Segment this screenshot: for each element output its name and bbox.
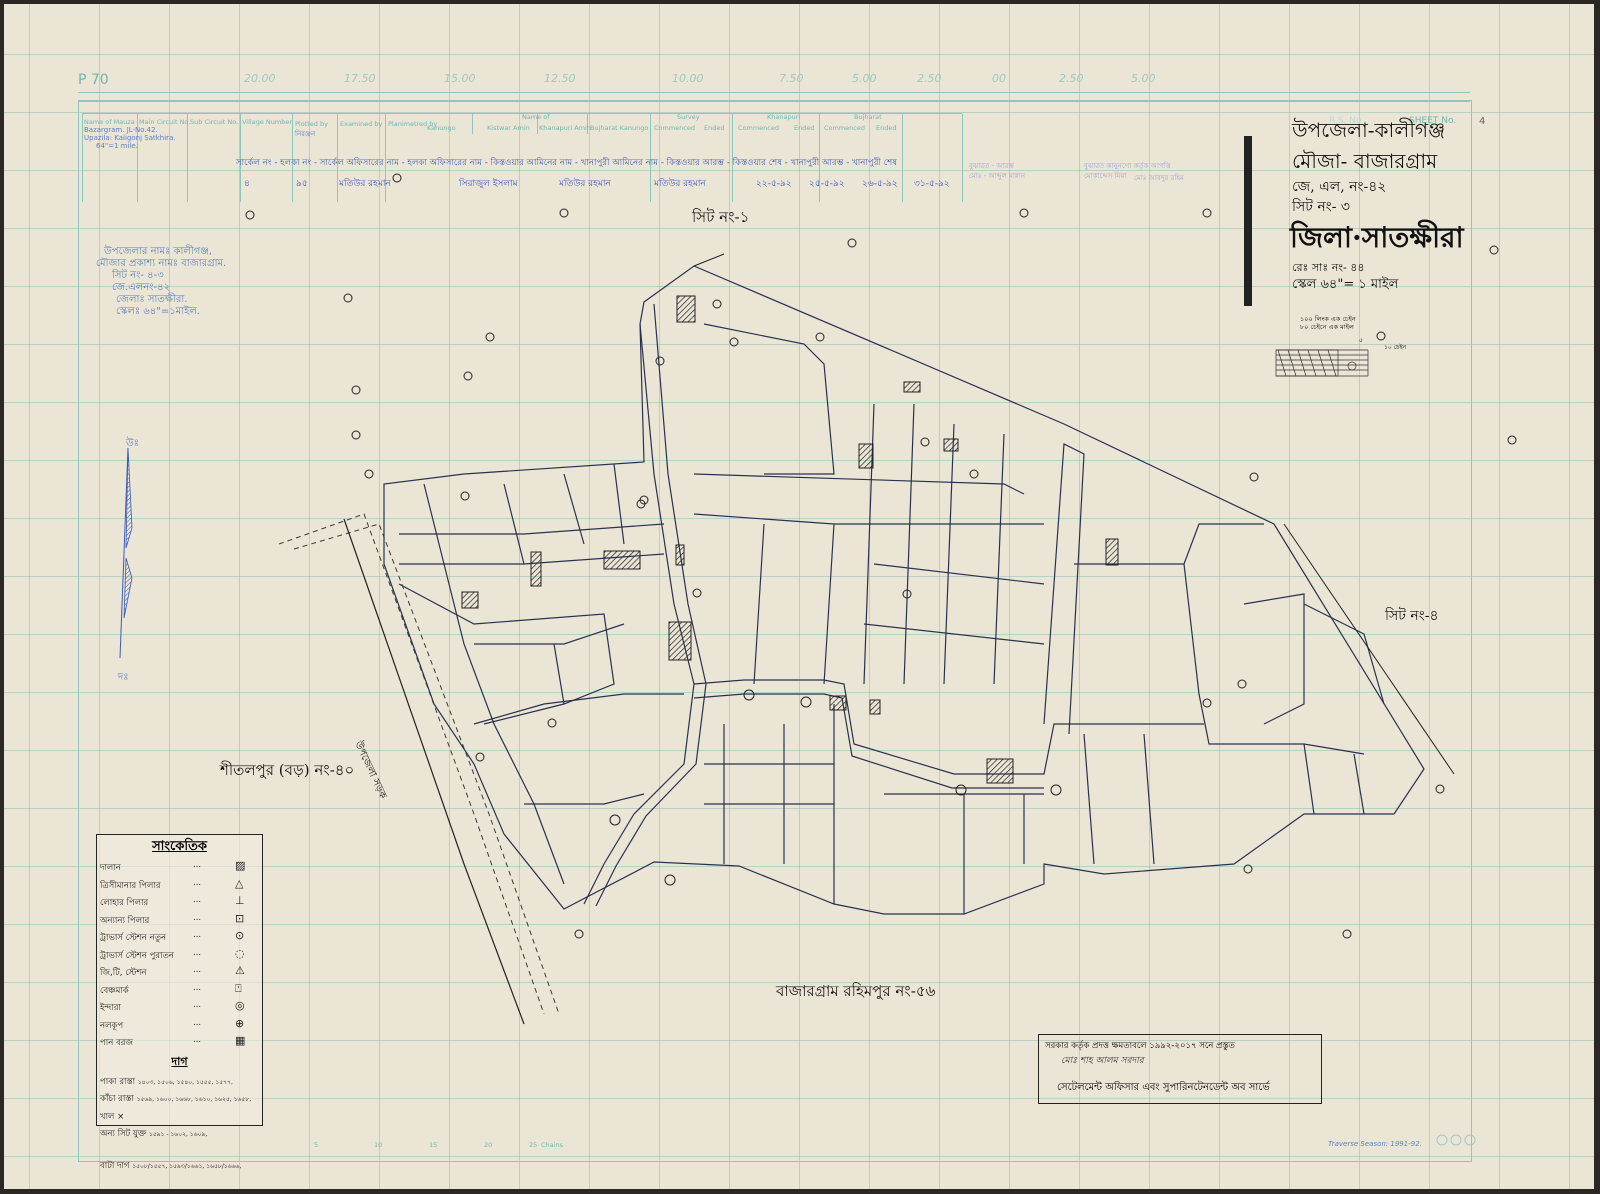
legend-item: দালান...▨: [97, 858, 262, 876]
label-sheet-4: সিট নং-৪: [1385, 604, 1439, 628]
cert-line-2: সেটেলমেন্ট অফিসার এবং সুপারিনটেনডেন্ট অব…: [1057, 1080, 1270, 1097]
legend-item: ট্রাভার্স স্টেশন পুরাতন...◌: [97, 946, 262, 964]
bottom-tick: 15: [429, 1141, 437, 1149]
label-south-mouza: বাজারগ্রাম রহিমপুর নং-৫৬: [776, 980, 935, 1005]
dag-item: খাল ×: [97, 1107, 262, 1125]
bottom-tick: 20: [484, 1141, 492, 1149]
legend-title: সাংকেতিক: [97, 837, 262, 858]
legend-item: পান বরজ...▦: [97, 1033, 262, 1051]
legend-item: ত্রিসীমানার পিলার...△: [97, 876, 262, 894]
traverse-season: Traverse Season: 1991-92.: [1328, 1140, 1422, 1148]
cert-line-1: সরকার কর্তৃক প্রদত্ত ক্ষমতাবলে ১৯৯২-২০১৭…: [1045, 1039, 1235, 1053]
dag-item: বাটা দাগ ১৫০৮/১৫৫৭, ১৫৯৩/১৬৬১, ১৬৫৮/১৬৬৬…: [97, 1156, 262, 1174]
dag-title: দাগ: [97, 1053, 262, 1072]
legend-item: লোহার পিলার...⊥: [97, 893, 262, 911]
dag-item: অন্য সিট যুক্ত ১৫৯১ - ১৬০২, ১৬০৯,: [97, 1124, 262, 1142]
trijunction-pillar-icon: △: [235, 877, 243, 890]
legend-item: বেঞ্চমার্ক...⍞: [97, 981, 262, 999]
bottom-tick: 25: [529, 1141, 537, 1149]
bottom-tick: 5: [314, 1141, 318, 1149]
benchmark-icon: ⍞: [235, 982, 242, 996]
traverse-station-old-icon: ◌: [235, 947, 245, 960]
bottom-scale-label: Chains: [541, 1141, 563, 1149]
cert-signature: মোঃ শাহ আলম সরদার: [1061, 1053, 1144, 1068]
legend-item: ইন্দারা...◎: [97, 998, 262, 1016]
map-sheet: P 70 20.00 17.50 15.00 12.50 10.00 7.50 …: [4, 4, 1594, 1189]
other-pillar-icon: ⊡: [235, 912, 244, 925]
iron-pillar-icon: ⊥: [235, 894, 245, 907]
label-west-mouza: শীতলপুর (বড়) নং-৪০: [220, 759, 354, 784]
legend-item: ট্রাভার্স স্টেশন নতুন...⊙: [97, 928, 262, 946]
registration-circles-icon: [1434, 1132, 1484, 1148]
certificate-box: সরকার কর্তৃক প্রদত্ত ক্ষমতাবলে ১৯৯২-২০১৭…: [1038, 1034, 1322, 1104]
legend-item: অন্যান্য পিলার...⊡: [97, 911, 262, 929]
tubewell-icon: ⊕: [235, 1017, 244, 1030]
traverse-station-new-icon: ⊙: [235, 929, 244, 942]
map-legend: সাংকেতিক দালান...▨ ত্রিসীমানার পিলার...△…: [96, 834, 263, 1126]
well-icon: ◎: [235, 999, 245, 1012]
gt-station-icon: ⚠: [235, 964, 245, 977]
label-sheet-1: সিট নং-১: [692, 206, 749, 231]
building-symbol-icon: ▨: [235, 859, 245, 872]
dag-item: পাকা রাস্তা ১৪০৩, ১৫০৬, ১৫৪০, ১৫৫৫, ১৫৭৭…: [97, 1072, 262, 1090]
legend-item: নলকূপ...⊕: [97, 1016, 262, 1034]
bottom-tick: 10: [374, 1141, 382, 1149]
legend-item: জি,টি, স্টেশন...⚠: [97, 963, 262, 981]
dag-item: কাঁচা রাস্তা ১৫৬৯, ১৬০০, ১৬৬৮, ১৬১০, ১৬২…: [97, 1089, 262, 1107]
betel-garden-icon: ▦: [235, 1034, 245, 1047]
